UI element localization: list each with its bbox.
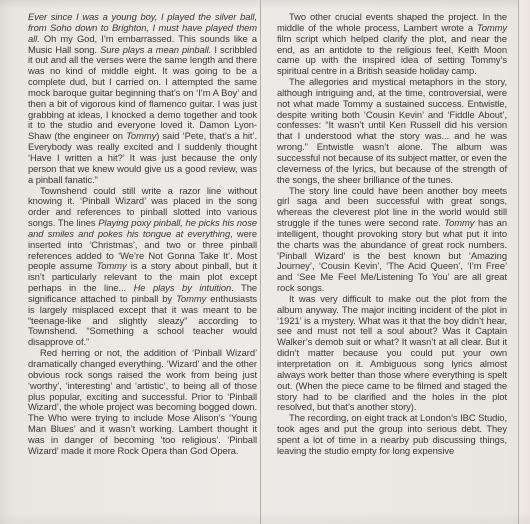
paragraph: The allegories and mystical metaphors in…	[277, 77, 507, 185]
text-segment: The allegories and mystical metaphors in…	[277, 76, 507, 185]
text-segment: It was very difficult to make out the pl…	[277, 293, 507, 412]
italic-text-segment: Sure plays a mean pinball.	[100, 44, 211, 55]
paragraph: Red herring or not, the addition of ‘Pin…	[28, 348, 257, 456]
text-segment: has an intelligent, thought provoking st…	[277, 217, 507, 293]
paragraph: Ever since I was a young boy, I played t…	[28, 12, 257, 186]
paragraph: Townshend could still write a razor line…	[28, 186, 257, 349]
paragraph: It was very difficult to make out the pl…	[277, 294, 507, 413]
italic-text-segment: He plays by intuition	[134, 282, 232, 293]
paragraph: The recording, on eight track at London’…	[277, 413, 507, 456]
italic-text-segment: Tommy	[444, 217, 474, 228]
italic-text-segment: Tommy	[126, 130, 156, 141]
text-segment: Red herring or not, the addition of ‘Pin…	[28, 347, 257, 456]
text-segment: I scribbled it out and all the verses we…	[28, 44, 257, 142]
page-edge-margin	[519, 0, 530, 524]
text-columns: Ever since I was a young boy, I played t…	[28, 12, 507, 457]
paragraph: Two other crucial events shaped the proj…	[277, 12, 507, 77]
liner-notes-page: Ever since I was a young boy, I played t…	[0, 0, 530, 524]
text-segment: The recording, on eight track at London’…	[277, 412, 507, 456]
page-top-shading	[0, 0, 530, 9]
italic-text-segment: Tommy	[176, 293, 206, 304]
paragraph: The story line could have been another b…	[277, 186, 507, 294]
italic-text-segment: Tommy	[477, 22, 507, 33]
text-column-right: Two other crucial events shaped the proj…	[277, 12, 507, 457]
text-column-left: Ever since I was a young boy, I played t…	[28, 12, 257, 457]
italic-text-segment: Tommy	[96, 260, 126, 271]
page-edge-rule	[518, 0, 519, 524]
page-bottom-shading	[0, 512, 530, 524]
text-segment: film script which helped clarify the plo…	[277, 33, 507, 77]
text-segment: Two other crucial events shaped the proj…	[277, 11, 507, 33]
